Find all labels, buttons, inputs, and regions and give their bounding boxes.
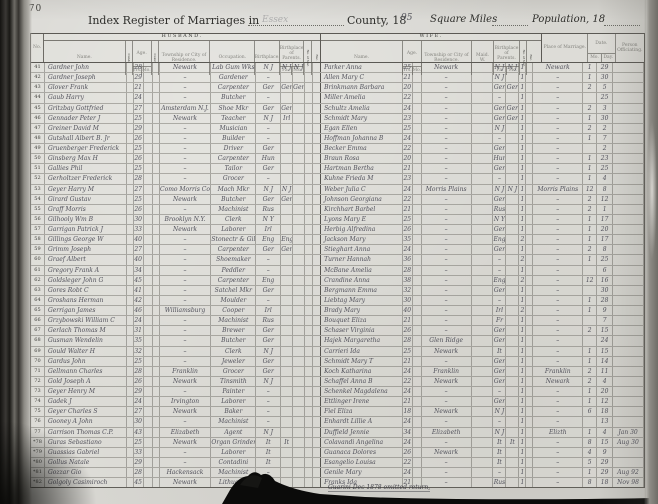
- cell: Gardner Joseph: [45, 73, 127, 82]
- cell: 32: [134, 347, 144, 356]
- cell: Brewer: [211, 326, 256, 335]
- cell: [153, 478, 160, 487]
- cell: [144, 428, 153, 437]
- cell: 1: [519, 347, 526, 356]
- cell: –: [533, 225, 583, 234]
- cell: 1: [583, 154, 597, 163]
- cell: Ger: [493, 245, 506, 254]
- cell: –: [422, 124, 472, 133]
- cell: Ger: [256, 144, 281, 153]
- cell: [293, 407, 305, 416]
- cell: [153, 377, 160, 386]
- cell: [281, 144, 293, 153]
- cell: [313, 154, 321, 163]
- cell: [153, 63, 160, 72]
- cell: –: [256, 174, 281, 183]
- cell: 8: [583, 478, 597, 487]
- cell: N J: [256, 63, 281, 72]
- cell: Contadini: [211, 458, 256, 467]
- cell: 25: [403, 63, 413, 72]
- cell: [153, 286, 160, 295]
- cell: Graff Morris: [45, 205, 127, 214]
- cell: [526, 478, 533, 487]
- county-label: County, 18: [347, 14, 406, 27]
- cell: –: [160, 286, 212, 295]
- cell: [144, 448, 153, 457]
- cell: [526, 468, 533, 477]
- cell: Clerk: [211, 347, 256, 356]
- cell: [127, 306, 134, 315]
- cell: Ger: [493, 104, 506, 113]
- table-row: 70Gardus John25–JewelerGerSchmidt Mary T…: [31, 357, 644, 367]
- cell: Becker Emma: [321, 144, 403, 153]
- cell: [305, 104, 313, 113]
- cell: [153, 417, 160, 426]
- cell: Rus: [256, 316, 281, 325]
- cell: [526, 266, 533, 275]
- cell: 59: [31, 245, 45, 254]
- cell: 1: [519, 336, 526, 345]
- square-miles-blank: [492, 14, 528, 26]
- cell: [293, 205, 305, 214]
- cell: [153, 245, 160, 254]
- cell: [305, 225, 313, 234]
- cell: [144, 154, 153, 163]
- wife-section: WIFE. Name. Age. Yrs.Mo. Township or Cit…: [321, 34, 542, 62]
- cell: Elizabeth: [160, 428, 212, 437]
- cell: 1: [583, 215, 597, 224]
- cell: 1: [519, 185, 526, 194]
- cell: [472, 357, 494, 366]
- cell: 22: [403, 195, 413, 204]
- cell: [281, 276, 293, 285]
- cell: [281, 73, 293, 82]
- cell: 1: [519, 225, 526, 234]
- cell: 1: [519, 266, 526, 275]
- cell: [305, 438, 313, 447]
- cell: [153, 438, 160, 447]
- cell: 35: [403, 235, 413, 244]
- cell: 40: [403, 306, 413, 315]
- cell: [472, 83, 494, 92]
- cell: 34: [134, 266, 144, 275]
- cell: [583, 336, 597, 345]
- cell: [293, 195, 305, 204]
- cell: [281, 296, 293, 305]
- cell: 24: [403, 417, 413, 426]
- cell: Newark: [422, 347, 472, 356]
- cell: [153, 164, 160, 173]
- cell: [293, 104, 305, 113]
- cell: [472, 93, 494, 102]
- cell: –: [422, 83, 472, 92]
- right-edge-highlight: [647, 120, 657, 260]
- cell: Como Morris Co: [160, 185, 212, 194]
- cell: [526, 448, 533, 457]
- cell: [144, 478, 153, 487]
- cell: 24: [134, 93, 144, 102]
- cell: 21: [403, 73, 413, 82]
- cell: [305, 478, 313, 487]
- cell: –: [493, 93, 506, 102]
- cell: –: [160, 245, 212, 254]
- cell: –: [422, 316, 472, 325]
- cell: –: [533, 417, 583, 426]
- cell: –: [256, 134, 281, 143]
- cell: Jackson Mary: [321, 235, 403, 244]
- cell: 45: [31, 104, 45, 113]
- cell: [281, 387, 293, 396]
- cell: Ger: [256, 245, 281, 254]
- cell: [305, 144, 313, 153]
- cell: –: [422, 215, 472, 224]
- cell: [526, 114, 533, 123]
- cell: 12: [583, 185, 597, 194]
- cell: 28: [134, 174, 144, 183]
- cell: Morris Plains: [422, 185, 472, 194]
- cell: [127, 468, 134, 477]
- cell: 57: [31, 225, 45, 234]
- cell: [305, 367, 313, 376]
- cell: [281, 316, 293, 325]
- cell: [313, 316, 321, 325]
- cell: [293, 336, 305, 345]
- cell: It: [256, 438, 281, 447]
- cell: Gardus John: [45, 357, 127, 366]
- cell: N J: [493, 73, 506, 82]
- cell: 1: [519, 205, 526, 214]
- cell: [293, 438, 305, 447]
- cell: 41: [134, 286, 144, 295]
- cell: [305, 235, 313, 244]
- cell: [153, 195, 160, 204]
- cell: 8: [583, 438, 597, 447]
- cell: [144, 468, 153, 477]
- cell: –: [256, 93, 281, 102]
- cell: [413, 215, 422, 224]
- cell: Musician: [211, 124, 256, 133]
- cell: 2: [583, 124, 597, 133]
- cell: It: [493, 438, 506, 447]
- cell: [144, 225, 153, 234]
- square-miles-label: Square Miles: [430, 14, 497, 25]
- cell: [313, 205, 321, 214]
- cell: [313, 195, 321, 204]
- cell: –: [533, 438, 583, 447]
- cell: [127, 225, 134, 234]
- cell: Peddler: [211, 266, 256, 275]
- cell: [153, 306, 160, 315]
- cell: Eng: [493, 235, 506, 244]
- cell: Ger: [281, 104, 293, 113]
- cell: [506, 478, 519, 487]
- cell: [293, 73, 305, 82]
- cell: Glen Ridge: [422, 336, 472, 345]
- cell: McBane Amelia: [321, 266, 403, 275]
- cell: Groshans Herman: [45, 296, 127, 305]
- cell: [293, 316, 305, 325]
- cell: [281, 448, 293, 457]
- cell: Liebtag Mary: [321, 296, 403, 305]
- cell: 25: [403, 124, 413, 133]
- cell: [305, 428, 313, 437]
- cell: [127, 276, 134, 285]
- cell: [293, 134, 305, 143]
- cell: Schmidt Mary: [321, 114, 403, 123]
- cell: Grzybowski William C: [45, 316, 127, 325]
- cell: –: [422, 458, 472, 467]
- cell: 1: [519, 468, 526, 477]
- cell: [144, 347, 153, 356]
- cell: Ger: [506, 83, 519, 92]
- cell: [127, 286, 134, 295]
- cell: 1: [519, 154, 526, 163]
- cell: 1: [519, 458, 526, 467]
- cell: 1: [519, 124, 526, 133]
- cell: N J: [506, 63, 519, 72]
- cell: [313, 357, 321, 366]
- cell: 1: [583, 174, 597, 183]
- cell: Ger: [493, 195, 506, 204]
- cell: [293, 468, 305, 477]
- cell: 1: [583, 357, 597, 366]
- cell: –: [422, 397, 472, 406]
- cell: –: [422, 306, 472, 315]
- county-handwritten: Essex: [262, 15, 288, 25]
- cell: Enhardt Lillie A: [321, 417, 403, 426]
- title-prefix: Index Register of Marriages in: [88, 14, 259, 27]
- cell: [583, 417, 597, 426]
- cell: Stieghart Anna: [321, 245, 403, 254]
- cell: [153, 73, 160, 82]
- cell: [413, 377, 422, 386]
- cell: –: [422, 266, 472, 275]
- cell: [506, 428, 519, 437]
- cell: 21: [134, 83, 144, 92]
- table-row: 45Gritzbay Gottfried27Amsterdam N.J.Shoe…: [31, 104, 644, 114]
- cell: [413, 235, 422, 244]
- cell: [305, 458, 313, 467]
- cell: [313, 63, 321, 72]
- cell: 38: [403, 276, 413, 285]
- cell: [472, 63, 494, 72]
- table-row: 74Gadek J24IrvingtonLaborer–Ettlinger Ir…: [31, 397, 644, 407]
- table-row: *80Gollus Natale29–ContadiniItEsangelio …: [31, 458, 644, 468]
- cell: [127, 387, 134, 396]
- cell: [526, 326, 533, 335]
- cell: –: [533, 114, 583, 123]
- cell: [281, 266, 293, 275]
- cell: [472, 417, 494, 426]
- cell: 41: [31, 63, 45, 72]
- cell: –: [422, 205, 472, 214]
- cell: [153, 205, 160, 214]
- cell: [281, 134, 293, 143]
- cell: Newark: [422, 448, 472, 457]
- cell: Hun: [493, 154, 506, 163]
- cell: [313, 174, 321, 183]
- cell: [281, 357, 293, 366]
- cell: –: [533, 316, 583, 325]
- cell: [472, 164, 494, 173]
- cell: –: [256, 468, 281, 477]
- cell: [293, 357, 305, 366]
- cell: Hackensack: [160, 468, 212, 477]
- cell: 1: [519, 73, 526, 82]
- cell: Gilhooly Wm B: [45, 215, 127, 224]
- cell: 40: [134, 235, 144, 244]
- cell: [127, 205, 134, 214]
- cell: [305, 276, 313, 285]
- cell: –: [422, 326, 472, 335]
- cell: [293, 417, 305, 426]
- table-row: 42Gardner Joseph29–Gardener–Allen Mary C…: [31, 73, 644, 83]
- cell: [127, 316, 134, 325]
- cell: Irl: [281, 114, 293, 123]
- cell: 29: [134, 124, 144, 133]
- cell: 1: [583, 255, 597, 264]
- cell: [526, 276, 533, 285]
- cell: [506, 468, 519, 477]
- cell: Ger: [493, 377, 506, 386]
- cell: [144, 357, 153, 366]
- cell: 2: [583, 367, 597, 376]
- cell: [153, 326, 160, 335]
- cell: 5: [583, 458, 597, 467]
- cell: 12: [583, 276, 597, 285]
- header-no: No.: [31, 34, 44, 62]
- cell: [472, 407, 494, 416]
- cell: [413, 124, 422, 133]
- table-row: 41Gardner John28NewarkLab Gum WksN JN JN…: [31, 63, 644, 73]
- cell: Eng: [281, 235, 293, 244]
- cell: –: [160, 73, 212, 82]
- table-row: 48Gutshall Albert B. Jr26–Builder–Hoffma…: [31, 134, 644, 144]
- cell: [144, 124, 153, 133]
- table-row: 71Gellmann Charles28FranklinGrocerGerKoc…: [31, 367, 644, 377]
- cell: [144, 63, 153, 72]
- cell: [293, 296, 305, 305]
- cell: –: [533, 397, 583, 406]
- cell: 21: [403, 397, 413, 406]
- cell: –: [160, 276, 212, 285]
- cell: –: [533, 124, 583, 133]
- cell: 1: [519, 316, 526, 325]
- cell: [305, 397, 313, 406]
- cell: Eng: [256, 276, 281, 285]
- cell: 1: [519, 407, 526, 416]
- cell: Glover Frank: [45, 83, 127, 92]
- table-row: 49Gruenberger Frederick25–DriverGerBecke…: [31, 144, 644, 154]
- cell: 22: [403, 144, 413, 153]
- cell: 28: [134, 63, 144, 72]
- cell: Ettlinger Irene: [321, 397, 403, 406]
- cell: N J: [493, 428, 506, 437]
- table-row: 72Gold Joseph A26NewarkTinsmithN JSchaff…: [31, 377, 644, 387]
- cell: [144, 407, 153, 416]
- cell: –: [422, 144, 472, 153]
- table-row: 66Grzybowski William C24–MachinistRusBou…: [31, 316, 644, 326]
- cell: –: [160, 417, 212, 426]
- cell: Newark: [160, 377, 212, 386]
- cell: [281, 407, 293, 416]
- cell: Newark: [422, 63, 472, 72]
- cell: –: [533, 458, 583, 467]
- cell: 56: [31, 215, 45, 224]
- cell: [127, 185, 134, 194]
- cell: 24: [403, 104, 413, 113]
- cell: [506, 195, 519, 204]
- cell: It: [493, 448, 506, 457]
- cell: [144, 266, 153, 275]
- cell: [526, 73, 533, 82]
- cell: [293, 266, 305, 275]
- cell: 43: [31, 83, 45, 92]
- cell: Schultz Amelia: [321, 104, 403, 113]
- cell: [506, 296, 519, 305]
- cell: Tinsmith: [211, 377, 256, 386]
- cell: [305, 154, 313, 163]
- cell: [506, 73, 519, 82]
- cell: [293, 185, 305, 194]
- cell: [127, 154, 134, 163]
- cell: –: [160, 448, 212, 457]
- cell: [313, 245, 321, 254]
- cell: –: [533, 347, 583, 356]
- cell: –: [533, 73, 583, 82]
- husband-section-title: HUSBAND.: [44, 34, 320, 41]
- cell: Miller Amelia: [321, 93, 403, 102]
- cell: 24: [403, 245, 413, 254]
- cell: [144, 205, 153, 214]
- bottom-left-shadow: [0, 409, 110, 504]
- cell: [305, 357, 313, 366]
- cell: [526, 377, 533, 386]
- cell: –: [160, 235, 212, 244]
- cell: 28: [134, 468, 144, 477]
- cell: Butcher: [211, 195, 256, 204]
- cell: Carpenter: [211, 83, 256, 92]
- cell: 24: [403, 367, 413, 376]
- cell: [413, 407, 422, 416]
- cell: [281, 377, 293, 386]
- cell: 52: [31, 174, 45, 183]
- cell: 2: [583, 377, 597, 386]
- cell: Painter: [211, 387, 256, 396]
- cell: 1: [519, 104, 526, 113]
- cell: Ger: [256, 83, 281, 92]
- cell: [127, 83, 134, 92]
- cell: 22: [403, 458, 413, 467]
- cell: –: [422, 104, 472, 113]
- cell: 1: [519, 428, 526, 437]
- cell: –: [533, 144, 583, 153]
- cell: 65: [31, 306, 45, 315]
- cell: [526, 316, 533, 325]
- cell: [293, 245, 305, 254]
- cell: [281, 306, 293, 315]
- cell: [313, 438, 321, 447]
- cell: 28: [403, 266, 413, 275]
- cell: –: [160, 255, 212, 264]
- cell: –: [256, 255, 281, 264]
- cell: [526, 387, 533, 396]
- cell: Elizabeth: [422, 428, 472, 437]
- cell: Newark: [160, 438, 212, 447]
- cell: [127, 336, 134, 345]
- cell: [127, 144, 134, 153]
- cell: Cooper: [211, 306, 256, 315]
